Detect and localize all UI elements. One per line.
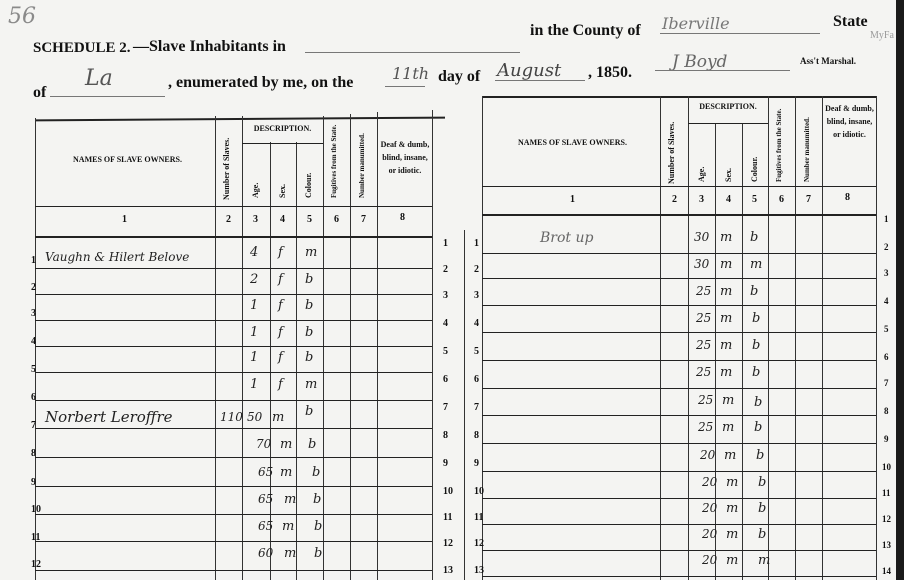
right-col-deaf-header: Deaf & dumb, blind, insane, or idiotic. (823, 104, 876, 139)
row-line (35, 457, 432, 458)
margin-row-number: 6 (884, 352, 889, 362)
row-number: 5 (31, 364, 36, 375)
row-line (35, 372, 432, 373)
row-line (35, 320, 432, 321)
age: 25 (698, 393, 713, 407)
sex: f (278, 272, 283, 287)
margin-row-number: 14 (882, 566, 891, 576)
age: 25 (696, 311, 711, 325)
col-age-header: Age. (251, 183, 260, 198)
col-count-header: Number of Slaves. (222, 138, 231, 200)
row-number: 1 (31, 255, 36, 266)
month-value: August (497, 60, 561, 81)
row-number: 12 (31, 559, 41, 570)
col-num-1: 1 (122, 214, 127, 225)
col-colour-header: Colour. (304, 173, 313, 198)
right-desc-underline (688, 123, 768, 124)
right-col-num-1: 1 (570, 194, 575, 205)
colour: b (305, 325, 313, 340)
colour: b (305, 404, 313, 419)
right-col-sep-colour (768, 96, 769, 580)
col-num-6: 6 (334, 214, 339, 225)
row-number: 7 (31, 420, 36, 431)
colour: b (314, 546, 322, 561)
row-line (482, 278, 876, 279)
row-number-outer: 8 (443, 430, 448, 441)
margin-row-number: 4 (884, 296, 889, 306)
row-line (482, 253, 876, 254)
state-label: State (833, 13, 868, 31)
left-col-sep-fugitive (350, 114, 351, 580)
age: 1 (250, 325, 258, 340)
sex: m (720, 284, 732, 299)
row-number-outer: 11 (443, 512, 452, 523)
row-number-outer: 1 (443, 238, 448, 249)
age: 20 (700, 448, 715, 462)
right-col-num-5: 5 (752, 194, 757, 205)
sex: f (278, 298, 283, 313)
right-col-sep-manumit (822, 96, 823, 580)
right-col-num-4: 4 (726, 194, 731, 205)
age: 60 (258, 546, 273, 560)
county-underline (660, 33, 820, 34)
enumerated-label: , enumerated by me, on the (168, 74, 353, 92)
sex: m (720, 338, 732, 353)
col-num-4: 4 (280, 214, 285, 225)
right-col-num-2: 2 (672, 194, 677, 205)
colour: m (750, 257, 762, 272)
colour: b (750, 230, 758, 245)
left-table-top-border (35, 117, 445, 122)
desc-underline (242, 143, 323, 144)
day-of-label: day of (438, 68, 480, 86)
marshal-value: J Boyd (672, 52, 727, 72)
age: 30 (694, 230, 709, 244)
sex: m (282, 519, 294, 534)
colour: b (752, 338, 760, 353)
sex: m (726, 475, 738, 490)
margin-row-number: 12 (882, 514, 891, 524)
row-number-outer: 6 (443, 374, 448, 385)
colour: b (754, 395, 762, 410)
sex: m (726, 501, 738, 516)
col-num-2: 2 (226, 214, 231, 225)
row-line (482, 576, 876, 577)
colour: b (305, 298, 313, 313)
sex: f (278, 325, 283, 340)
sex: m (726, 527, 738, 542)
col-sex-header: Sex. (278, 184, 287, 198)
row-line (35, 514, 432, 515)
right-gutter-edge (464, 230, 465, 580)
sex: f (278, 245, 283, 260)
row-number-outer: 2 (443, 264, 448, 275)
colour: b (752, 365, 760, 380)
colour: b (758, 527, 766, 542)
sex: m (720, 257, 732, 272)
colour: b (754, 420, 762, 435)
right-col-num-8: 8 (845, 192, 850, 203)
colour: b (750, 284, 758, 299)
margin-row-number: 8 (884, 406, 889, 416)
schedule-title: —Slave Inhabitants in (133, 38, 286, 56)
scan-edge (896, 0, 904, 580)
row-number: 12 (474, 538, 484, 549)
age: 1 (250, 377, 258, 392)
deaf-line-1: Deaf & dumb, (823, 104, 876, 113)
state-underline (50, 96, 165, 97)
row-line (482, 388, 876, 389)
age: 1 (250, 298, 258, 313)
colour: b (313, 492, 321, 507)
row-number-outer: 10 (443, 486, 453, 497)
age: 65 (258, 465, 273, 479)
county-label: in the County of (530, 22, 641, 40)
row-line (482, 360, 876, 361)
col-description-header: DESCRIPTION. (242, 124, 323, 133)
row-number-outer: 9 (443, 458, 448, 469)
colour: b (308, 437, 316, 452)
margin-row-number: 2 (884, 242, 889, 252)
age: 70 (256, 437, 271, 451)
margin-row-number: 13 (882, 540, 891, 550)
colour: m (305, 245, 317, 260)
sex: m (724, 448, 736, 463)
row-number: 2 (474, 264, 479, 275)
right-col-description-header: DESCRIPTION. (688, 102, 768, 111)
col-num-8: 8 (400, 212, 405, 223)
row-number: 9 (474, 458, 479, 469)
row-number: 2 (31, 282, 36, 293)
age: 2 (250, 272, 258, 287)
age: 30 (694, 257, 709, 271)
right-col-edge-right (876, 96, 877, 580)
right-col-manumitted-header: Number manumitted. (803, 117, 811, 182)
colour: b (312, 465, 320, 480)
row-line (35, 428, 432, 429)
header-divider (35, 206, 432, 207)
age: 25 (698, 420, 713, 434)
slave-count: 110 (220, 410, 243, 424)
margin-row-number: 7 (884, 378, 889, 388)
age: 4 (250, 245, 258, 260)
schedule-label: SCHEDULE 2. (33, 40, 131, 57)
deaf-line-2: blind, insane, (378, 153, 432, 162)
col-names-header: NAMES OF SLAVE OWNERS. (50, 155, 205, 164)
right-col-num-7: 7 (806, 194, 811, 205)
right-col-num-3: 3 (699, 194, 704, 205)
col-manumitted-header: Number manumitted. (358, 133, 366, 198)
right-col-colour-header: Colour. (750, 157, 759, 182)
col-num-3: 3 (253, 214, 258, 225)
day-value: 11th (392, 64, 429, 83)
right-col-sep-fugitive (795, 96, 796, 580)
sex: m (722, 393, 734, 408)
row-number: 7 (474, 402, 479, 413)
colour: b (314, 519, 322, 534)
row-line (482, 524, 876, 525)
colour: b (305, 272, 313, 287)
row-line (35, 294, 432, 295)
right-header-bottom-border (482, 214, 876, 216)
sex: m (272, 410, 284, 425)
age: 1 (250, 350, 258, 365)
row-line (35, 570, 432, 571)
header-bottom-border (35, 236, 432, 238)
sex: m (720, 365, 732, 380)
right-col-edge (482, 96, 483, 580)
row-line (482, 443, 876, 444)
sex: m (720, 311, 732, 326)
watermark: MyFa (870, 30, 894, 41)
row-number-outer: 12 (443, 538, 453, 549)
age: 25 (696, 284, 711, 298)
page-number: 56 (8, 4, 36, 29)
sex: m (284, 492, 296, 507)
census-page: 56 MyFa SCHEDULE 2. —Slave Inhabitants i… (0, 0, 896, 580)
year-label: , 1850. (588, 64, 632, 82)
row-number-outer: 7 (443, 402, 448, 413)
row-number: 5 (474, 346, 479, 357)
left-col-sep-colour (323, 116, 324, 580)
row-line (482, 305, 876, 306)
age: 65 (258, 492, 273, 506)
sex: m (280, 437, 292, 452)
right-col-num-6: 6 (779, 194, 784, 205)
owner-name: Brot up (540, 230, 593, 246)
right-col-fugitives-header: Fugitives from the State. (775, 109, 783, 182)
left-col-sep-names (215, 116, 216, 580)
sex: f (278, 350, 283, 365)
row-number: 3 (31, 308, 36, 319)
margin-row-number: 3 (884, 268, 889, 278)
col-num-7: 7 (361, 214, 366, 225)
state-value: La (85, 66, 113, 91)
colour: b (752, 311, 760, 326)
age: 20 (702, 527, 717, 541)
row-line (482, 471, 876, 472)
left-col-sep-count (242, 116, 243, 580)
row-number: 6 (474, 374, 479, 385)
row-number-outer: 5 (443, 346, 448, 357)
row-line (482, 332, 876, 333)
age: 20 (702, 553, 717, 567)
right-col-age-header: Age. (697, 167, 706, 182)
row-line (482, 550, 876, 551)
row-line (35, 400, 432, 401)
right-col-names-header: NAMES OF SLAVE OWNERS. (495, 138, 650, 147)
row-line (35, 541, 432, 542)
owner-name: Norbert Leroffre (45, 408, 173, 426)
owner-name: Vaughn & Hilert Belove (45, 250, 189, 264)
row-number: 6 (31, 392, 36, 403)
colour: b (758, 501, 766, 516)
row-number: 3 (474, 290, 479, 301)
deaf-line-1: Deaf & dumb, (378, 140, 432, 149)
right-col-sep-sex (742, 124, 743, 580)
inhabitants-blank (305, 52, 520, 53)
right-col-sex-header: Sex. (724, 168, 733, 182)
row-number: 13 (474, 565, 484, 576)
row-number-outer: 13 (443, 565, 453, 576)
row-line (35, 346, 432, 347)
day-underline (385, 86, 425, 87)
deaf-line-3: or idiotic. (378, 166, 432, 175)
sex: m (726, 553, 738, 568)
row-number-outer: 3 (443, 290, 448, 301)
row-line (482, 415, 876, 416)
row-line (482, 498, 876, 499)
age: 20 (702, 475, 717, 489)
sex: m (720, 230, 732, 245)
col-deaf-header: Deaf & dumb, blind, insane, or idiotic. (378, 140, 432, 175)
of-label: of (33, 84, 46, 102)
margin-row-number: 9 (884, 434, 889, 444)
age: 20 (702, 501, 717, 515)
margin-row-number: 5 (884, 324, 889, 334)
deaf-line-2: blind, insane, (823, 117, 876, 126)
age: 65 (258, 519, 273, 533)
sex: m (280, 465, 292, 480)
right-col-count-header: Number of Slaves. (667, 122, 676, 184)
row-number: 11 (474, 512, 483, 523)
sex: m (722, 420, 734, 435)
row-line (35, 486, 432, 487)
left-col-edge-right (432, 110, 433, 580)
row-number: 10 (474, 486, 484, 497)
county-value: Iberville (662, 14, 730, 33)
marshal-label: Ass't Marshal. (800, 56, 856, 66)
deaf-line-3: or idiotic. (823, 130, 876, 139)
right-table-top-border (482, 96, 877, 98)
sex: m (284, 546, 296, 561)
margin-row-number: 1 (884, 214, 889, 224)
row-number: 8 (474, 430, 479, 441)
colour: b (756, 448, 764, 463)
row-number: 1 (474, 238, 479, 249)
colour: b (305, 350, 313, 365)
col-num-5: 5 (307, 214, 312, 225)
row-line (35, 268, 432, 269)
month-underline (495, 80, 585, 81)
age: 25 (696, 365, 711, 379)
colour: m (758, 553, 770, 568)
marshal-underline (655, 70, 790, 71)
right-col-sep-count (688, 96, 689, 580)
right-header-divider (482, 186, 876, 187)
row-number-outer: 4 (443, 318, 448, 329)
right-col-sep-names (660, 96, 661, 580)
colour: b (758, 475, 766, 490)
age: 25 (696, 338, 711, 352)
row-number: 4 (474, 318, 479, 329)
margin-row-number: 11 (882, 488, 891, 498)
colour: m (305, 377, 317, 392)
age: 50 (247, 410, 262, 424)
margin-row-number: 10 (882, 462, 891, 472)
col-fugitives-header: Fugitives from the State. (330, 125, 338, 198)
sex: f (278, 377, 283, 392)
